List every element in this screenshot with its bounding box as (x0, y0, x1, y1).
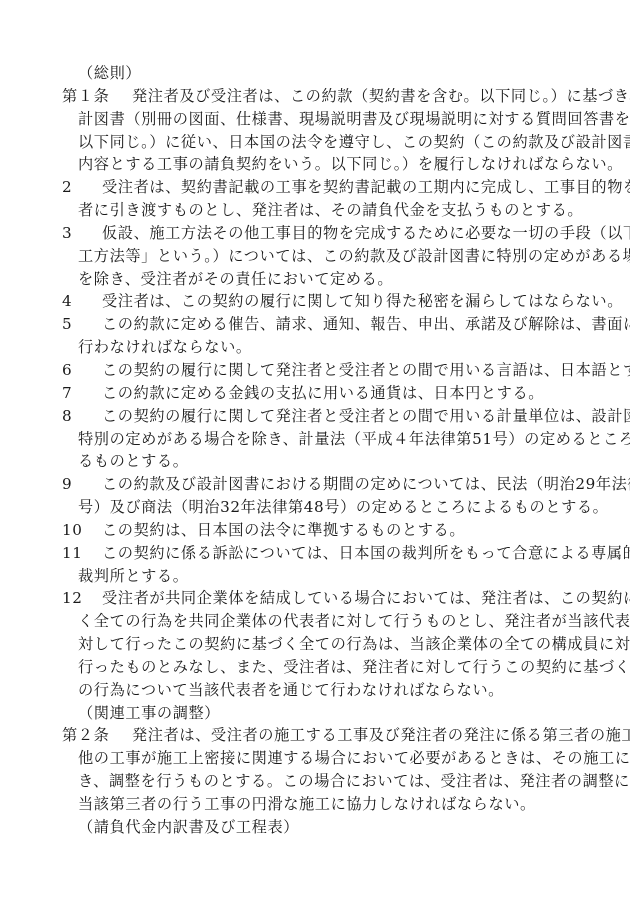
article-1-line-2: 計図書（別冊の図面、仕様書、現場説明書及び現場説明に対する質問回答書をいう。 (62, 108, 562, 131)
item-text: この契約の履行に関して発注者と受注者との間で用いる言語は、日本語とする。 (102, 361, 630, 379)
article-1-line-4: 内容とする工事の請負契約をいう。以下同じ。）を履行しなければならない。 (62, 153, 562, 176)
item-line: 8この契約の履行に関して発注者と受注者との間で用いる計量単位は、設計図書に (62, 405, 562, 428)
item-line: 11この契約に係る訴訟については、日本国の裁判所をもって合意による専属的管轄 (62, 542, 562, 565)
section-heading-general-provisions: （総則） (62, 62, 562, 85)
item-line: 5この約款に定める催告、請求、通知、報告、申出、承諾及び解除は、書面により (62, 313, 562, 336)
article-1-item-12: 12受注者が共同企業体を結成している場合においては、発注者は、この契約に基づ く… (62, 587, 562, 701)
article-2-line-1: 第２条発注者は、受注者の施工する工事及び発注者の発注に係る第三者の施工する (62, 724, 562, 747)
item-text: この約款に定める催告、請求、通知、報告、申出、承諾及び解除は、書面により (102, 315, 630, 333)
item-number: 2 (62, 176, 102, 199)
item-line: 対して行ったこの契約に基づく全ての行為は、当該企業体の全ての構成員に対して (62, 633, 562, 656)
item-number: 4 (62, 290, 102, 313)
article-1-item-4: 4受注者は、この契約の履行に関して知り得た秘密を漏らしてはならない。 (62, 290, 562, 313)
item-text: この約款及び設計図書における期間の定めについては、民法（明治29年法律第89 (102, 475, 630, 493)
item-line: 者に引き渡すものとし、発注者は、その請負代金を支払うものとする。 (62, 199, 562, 222)
item-line: 12受注者が共同企業体を結成している場合においては、発注者は、この契約に基づ (62, 587, 562, 610)
item-number: 3 (62, 222, 102, 245)
item-number: 6 (62, 359, 102, 382)
article-1-item-8: 8この契約の履行に関して発注者と受注者との間で用いる計量単位は、設計図書に 特別… (62, 405, 562, 474)
item-line: 4受注者は、この契約の履行に関して知り得た秘密を漏らしてはならない。 (62, 290, 562, 313)
item-line: 9この約款及び設計図書における期間の定めについては、民法（明治29年法律第89 (62, 473, 562, 496)
item-text: 受注者は、この契約の履行に関して知り得た秘密を漏らしてはならない。 (102, 292, 623, 310)
article-1-item-7: 7この約款に定める金銭の支払に用いる通貨は、日本円とする。 (62, 382, 562, 405)
article-1-item-5: 5この約款に定める催告、請求、通知、報告、申出、承諾及び解除は、書面により 行わ… (62, 313, 562, 359)
article-1-item-3: 3仮設、施工方法その他工事目的物を完成するために必要な一切の手段（以下「施 工方… (62, 222, 562, 291)
article-1-item-6: 6この契約の履行に関して発注者と受注者との間で用いる言語は、日本語とする。 (62, 359, 562, 382)
item-line: 号）及び商法（明治32年法律第48号）の定めるところによるものとする。 (62, 496, 562, 519)
article-number: 第２条 (62, 724, 132, 747)
item-line: 行ったものとみなし、また、受注者は、発注者に対して行うこの契約に基づく全て (62, 656, 562, 679)
item-number: 10 (62, 519, 102, 542)
article-1-line-3: 以下同じ。）に従い、日本国の法令を遵守し、この契約（この約款及び設計図書を (62, 131, 562, 154)
item-line: 行わなければならない。 (62, 336, 562, 359)
item-number: 12 (62, 587, 102, 610)
item-line: を除き、受注者がその責任において定める。 (62, 268, 562, 291)
article-1: 第１条発注者及び受注者は、この約款（契約書を含む。以下同じ。）に基づき、設 計図… (62, 85, 562, 176)
article-2: 第２条発注者は、受注者の施工する工事及び発注者の発注に係る第三者の施工する 他の… (62, 724, 562, 815)
item-line: 6この契約の履行に関して発注者と受注者との間で用いる言語は、日本語とする。 (62, 359, 562, 382)
article-1-item-11: 11この契約に係る訴訟については、日本国の裁判所をもって合意による専属的管轄 裁… (62, 542, 562, 588)
section-heading-price-breakdown-schedule: （請負代金内訳書及び工程表） (62, 816, 562, 839)
item-line: 裁判所とする。 (62, 565, 562, 588)
item-line: 3仮設、施工方法その他工事目的物を完成するために必要な一切の手段（以下「施 (62, 222, 562, 245)
item-text: この約款に定める金銭の支払に用いる通貨は、日本円とする。 (102, 384, 544, 402)
item-line: の行為について当該代表者を通じて行わなければならない。 (62, 679, 562, 702)
section-heading-related-works: （関連工事の調整） (62, 702, 562, 725)
item-number: 9 (62, 473, 102, 496)
article-1-item-10: 10この契約は、日本国の法令に準拠するものとする。 (62, 519, 562, 542)
item-line: るものとする。 (62, 450, 562, 473)
article-1-item-9: 9この約款及び設計図書における期間の定めについては、民法（明治29年法律第89 … (62, 473, 562, 519)
item-line: く全ての行為を共同企業体の代表者に対して行うものとし、発注者が当該代表者に (62, 610, 562, 633)
article-2-line-2: 他の工事が施工上密接に関連する場合において必要があるときは、その施工につ (62, 747, 562, 770)
article-1-item-2: 2受注者は、契約書記載の工事を契約書記載の工期内に完成し、工事目的物を発注 者に… (62, 176, 562, 222)
item-line: 10この契約は、日本国の法令に準拠するものとする。 (62, 519, 562, 542)
article-2-line-3: き、調整を行うものとする。この場合においては、受注者は、発注者の調整に従い、 (62, 770, 562, 793)
item-text: 仮設、施工方法その他工事目的物を完成するために必要な一切の手段（以下「施 (102, 224, 630, 242)
item-text: 受注者が共同企業体を結成している場合においては、発注者は、この契約に基づ (102, 589, 630, 607)
item-text: この契約の履行に関して発注者と受注者との間で用いる計量単位は、設計図書に (102, 407, 630, 425)
item-text: この契約は、日本国の法令に準拠するものとする。 (102, 521, 465, 539)
contract-document: （総則） 第１条発注者及び受注者は、この約款（契約書を含む。以下同じ。）に基づき… (62, 62, 562, 839)
article-text: 発注者及び受注者は、この約款（契約書を含む。以下同じ。）に基づき、設 (132, 87, 630, 105)
article-2-line-4: 当該第三者の行う工事の円滑な施工に協力しなければならない。 (62, 793, 562, 816)
article-number: 第１条 (62, 85, 132, 108)
item-line: 2受注者は、契約書記載の工事を契約書記載の工期内に完成し、工事目的物を発注 (62, 176, 562, 199)
item-number: 5 (62, 313, 102, 336)
article-text: 発注者は、受注者の施工する工事及び発注者の発注に係る第三者の施工する (132, 726, 630, 744)
item-number: 8 (62, 405, 102, 428)
item-number: 7 (62, 382, 102, 405)
item-number: 11 (62, 542, 102, 565)
item-text: 受注者は、契約書記載の工事を契約書記載の工期内に完成し、工事目的物を発注 (102, 178, 630, 196)
article-1-line-1: 第１条発注者及び受注者は、この約款（契約書を含む。以下同じ。）に基づき、設 (62, 85, 562, 108)
item-line: 7この約款に定める金銭の支払に用いる通貨は、日本円とする。 (62, 382, 562, 405)
item-text: この契約に係る訴訟については、日本国の裁判所をもって合意による専属的管轄 (102, 544, 630, 562)
item-line: 特別の定めがある場合を除き、計量法（平成４年法律第51号）の定めるところによ (62, 428, 562, 451)
item-line: 工方法等」という。）については、この約款及び設計図書に特別の定めがある場合 (62, 245, 562, 268)
